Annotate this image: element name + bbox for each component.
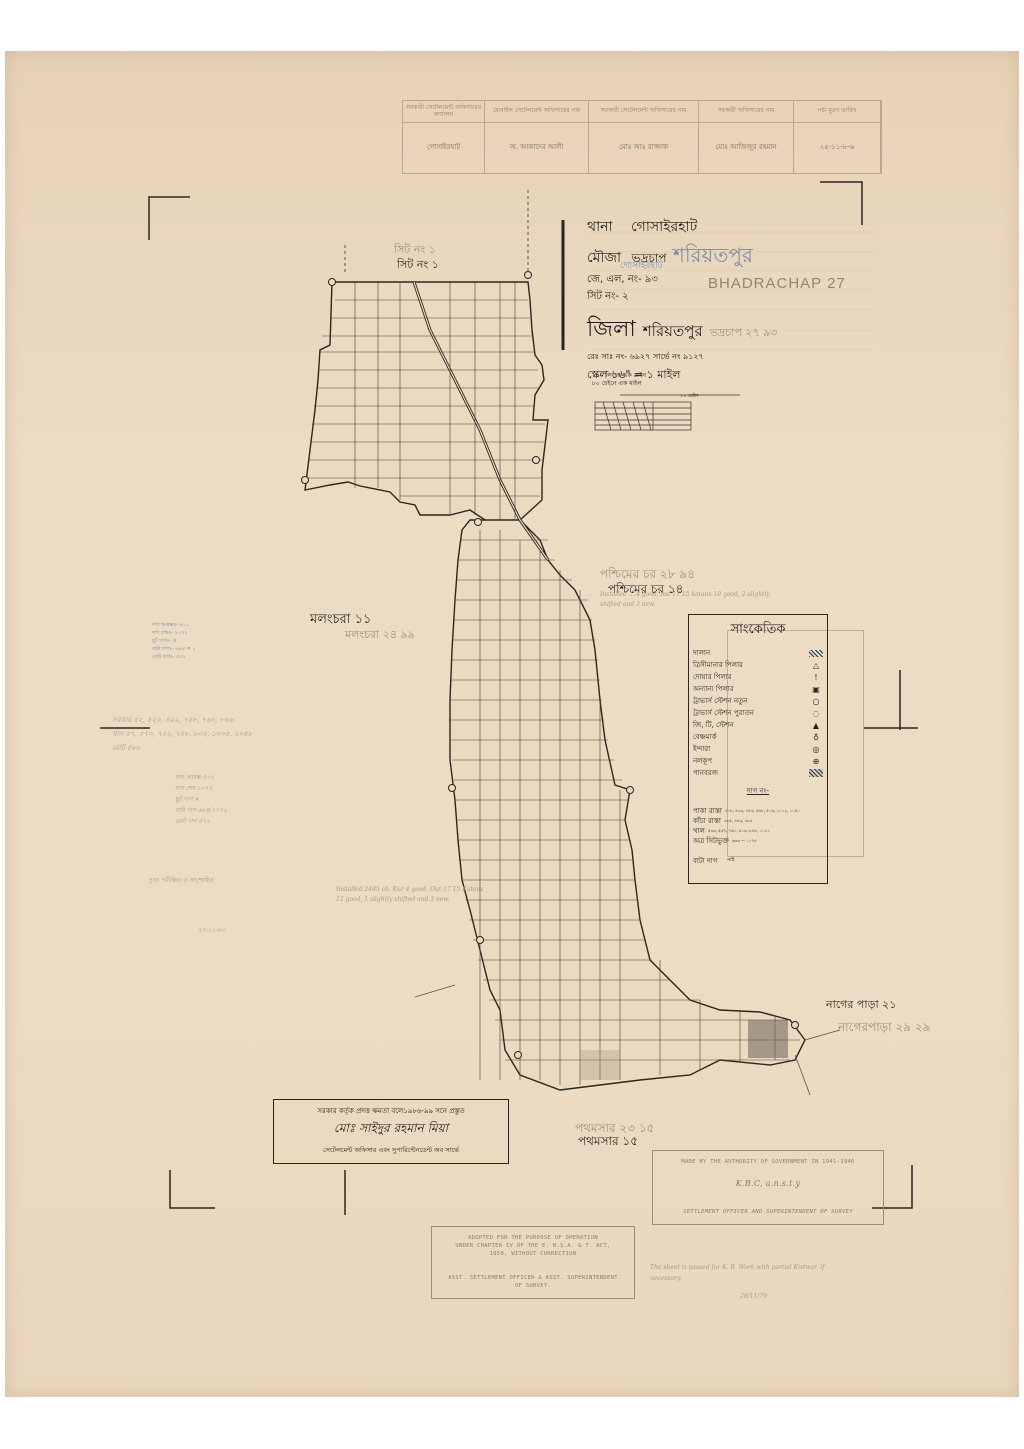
well-icon: ◎ [809, 745, 823, 754]
tri-junction-pillar-icon: △ [809, 661, 823, 670]
legend-title: সাংকেতিক [689, 620, 827, 641]
khas-list-note: সরকার ৫২, ৪২০, ৪৯২, ৭৫৮, ৭৬০, ৮০৬ খাস ৫৭… [112, 713, 252, 755]
thana-value: গোসাইরহাট [631, 219, 697, 235]
legend-item: পানবরজ [693, 767, 823, 779]
installation-note: Installed 2485 ch. Kur 4 good, Out 17 15… [336, 885, 486, 905]
legend-item: ইন্দারা◎ [693, 743, 823, 755]
adopted-line-2: UNDER CHAPTER IV OF THE E. B.S.A. & T. A… [432, 1243, 634, 1249]
adopted-line-1: ADOPTED FOR THE PURPOSE OF OPERATION [432, 1235, 634, 1241]
government-authority-stamp: MADE BY THE AUTHORITY OF GOVERNMENT IN 1… [652, 1150, 884, 1225]
passed-date: 28/11/79 [740, 1293, 767, 1300]
scale-grid [595, 395, 740, 430]
southeast-neighbor-overprint: নাগেরপাড়া ২৯ ২৯ [838, 1019, 930, 1039]
sheet-top-label: সিট নং ১ [397, 256, 439, 275]
scale-note-2: ৮০ চেইনে এক মাইল [592, 378, 642, 389]
district-row: জিলা শরিয়তপুর ভদ্রচাপ ২৭ ৯৩ [587, 312, 877, 349]
east-installation-note: Installed ... 4 good, out 17 15 katans 1… [600, 590, 770, 610]
mouza-label: মৌজা [587, 250, 621, 266]
stamp-line-1: সরকার কর্তৃক প্রদত্ত ক্ষমতা বলে১৯৮৬-৯৯ স… [274, 1105, 508, 1117]
south-neighbor-label: পথমসার ১৫ [578, 1133, 638, 1153]
faded-overprint: গোসাইরহাট [620, 258, 663, 273]
passed-note: The sheet is passed for K. B. Work with … [650, 1262, 840, 1284]
stamp-signature: K.B.C, a.n.s.t.y [653, 1179, 883, 1188]
stamp-line-3: SETTLEMENT OFFICER AND SUPERINTENDENT OF… [653, 1209, 883, 1215]
legend-item: জি, টি, স্টেশন▲ [693, 719, 823, 731]
legend-item: অন্যান্য পিলার▣ [693, 683, 823, 695]
legend-dag-item: বাটা দাগনাই [693, 855, 823, 867]
betel-garden-hatch-icon [809, 769, 823, 777]
traverse-station-new-icon: ○ [809, 697, 823, 706]
legend-item: ট্রাভার্স স্টেশন পুরাতন◌ [693, 707, 823, 719]
legend-box: সাংকেতিক দালান ত্রিসীমানার পিলার△ দোয়ার… [688, 614, 828, 884]
stamp-signature: মোঃ সাইদুর রহমান মিয়া [274, 1120, 508, 1140]
adopted-stamp: ADOPTED FOR THE PURPOSE OF OPERATION UND… [431, 1226, 635, 1299]
thana-row: থানা গোসাইরহাট [587, 215, 877, 239]
legend-item: ট্রাভার্স স্টেশন নতুন○ [693, 695, 823, 707]
rs-number: রেঃ সাঃ নং- ৬৯২৭ সার্ভে নং ৯১২৭ [587, 351, 877, 364]
recheck-remark: পুনঃ পরীক্ষিত ও সংশোধিত [148, 875, 213, 886]
dag-heading: দাগ নং- [689, 785, 827, 797]
summary-note: দাগ আরম্ভঃ- ৪০১ দাগ শেষঃ- ১০৭২ ছুট দাগঃ-… [152, 621, 196, 661]
adopted-line-5: OF SURVEY. [432, 1283, 634, 1289]
legend-item: বেঞ্চমার্ক♁ [693, 731, 823, 743]
benchmark-icon: ♁ [809, 733, 823, 742]
district-value: শরিয়তপুর [643, 322, 703, 340]
west-neighbor-overprint: মলংচরা ২৪ ৯৯ [345, 626, 415, 645]
legend-item: দালান [693, 647, 823, 659]
stamp-bangla: ভদ্রচাপ ২৭ ৯৩ [710, 326, 778, 339]
stamp-line-1: MADE BY THE AUTHORITY OF GOVERNMENT IN 1… [653, 1159, 883, 1165]
bhadrachap-stamp: BHADRACHAP 27 [708, 275, 846, 292]
traverse-station-old-icon: ◌ [809, 709, 823, 718]
title-block: থানা গোসাইরহাট মৌজা ভদ্রচাপ শরিয়তপুর জে… [587, 215, 877, 375]
tubewell-icon: ⊕ [809, 757, 823, 766]
gt-station-icon: ▲ [809, 721, 823, 730]
scale-bar-label: ১০ চেইন [680, 393, 698, 401]
homestead-hatch [748, 1020, 788, 1058]
legend-item: ত্রিসীমানার পিলার△ [693, 659, 823, 671]
bangla-authority-stamp: সরকার কর্তৃক প্রদত্ত ক্ষমতা বলে১৯৮৬-৯৯ স… [273, 1099, 509, 1164]
second-summary-note: দাগ আরম্ভ ৫০১ দাগ শেষ ১০৭২ ছুট দাগ × বাট… [175, 772, 227, 827]
mouza-overprint: শরিয়তপুর [673, 243, 753, 267]
southeast-neighbor-label: নাগের পাড়া ২১ [826, 996, 896, 1015]
other-pillar-icon: ▣ [809, 685, 823, 694]
legend-dag-item: অত্র সিটভুক্ত৩৩৩ — ১০৭৪ [693, 835, 823, 847]
district-label: জিলা [587, 317, 636, 342]
recheck-date: ২৭-১১-৮৩ [198, 925, 225, 936]
legend-item: নলকূপ⊕ [693, 755, 823, 767]
adopted-line-4: ASST. SETTLEMENT OFFICER & ASST. SUPERIN… [432, 1275, 634, 1281]
boundary-pillar-icon: ! [809, 673, 823, 682]
legend-item: দোয়ার পিলার! [693, 671, 823, 683]
building-hatch-icon [809, 650, 823, 657]
stamp-line-3: সেটেলমেন্ট অফিসার এবং সুপারিন্টেনডেন্ট অ… [274, 1145, 508, 1156]
adopted-line-3: 1950, WITHOUT CORRECTION [432, 1251, 634, 1257]
thana-label: থানা [587, 219, 613, 235]
